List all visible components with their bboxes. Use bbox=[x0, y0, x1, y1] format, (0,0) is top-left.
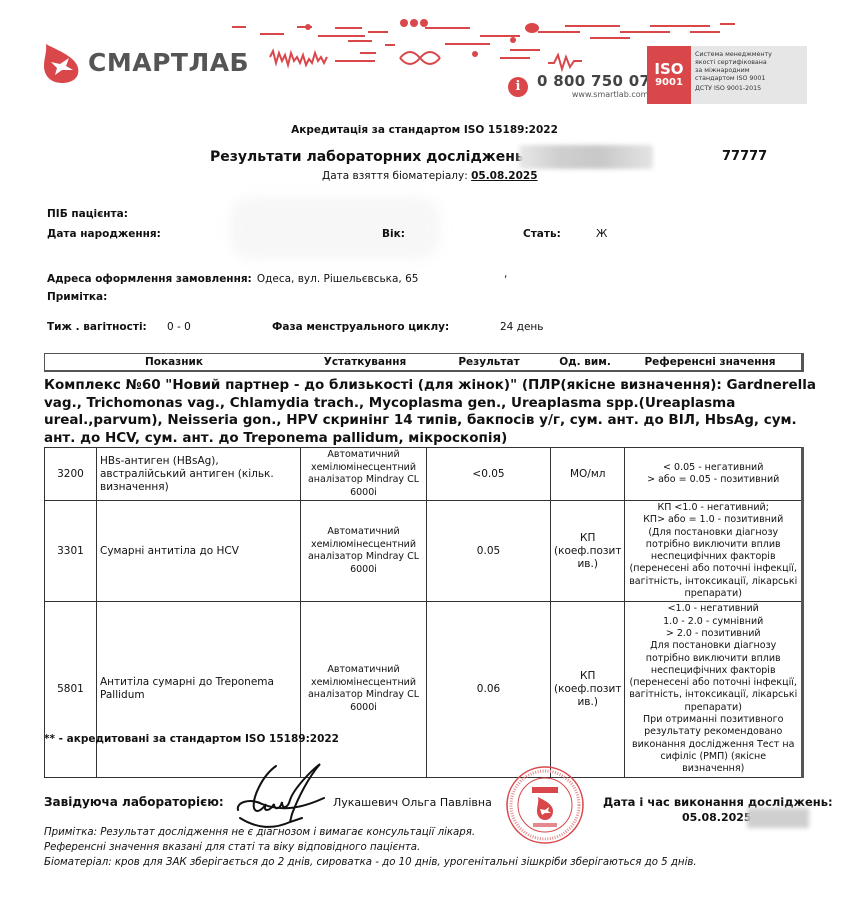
note-line: Примітка: Результат дослідження не є діа… bbox=[44, 825, 697, 840]
website-link[interactable]: www.smartlab.com.ua bbox=[537, 90, 661, 100]
redacted-time bbox=[747, 808, 809, 828]
phone-number: 0 800 750 070 bbox=[537, 73, 661, 90]
table-row: 3200 HBs-антиген (HBsAg), австралійський… bbox=[45, 448, 803, 501]
col-unit: Од. вим. bbox=[551, 356, 619, 368]
cycle-label: Фаза менструального циклу: bbox=[272, 321, 449, 333]
iso-description: Система менеджменту якості сертифікована… bbox=[691, 46, 807, 104]
table-row: 5801 Антитіла сумарні до Treponema Palli… bbox=[45, 602, 803, 777]
complex-title: Комплекс №60 "Новий партнер - до близько… bbox=[44, 377, 824, 447]
col-reference: Референсні значення bbox=[619, 356, 801, 368]
note-line: Біоматеріал: кров для ЗАК зберігається д… bbox=[44, 855, 697, 870]
test-equipment: Автоматичний хемілюмінесцентний аналізат… bbox=[301, 501, 427, 602]
test-result: <0.05 bbox=[427, 448, 551, 501]
test-reference: < 0.05 - негативний > або = 0.05 - позит… bbox=[625, 448, 803, 501]
sample-date: 05.08.2025 bbox=[471, 170, 537, 182]
test-reference: КП <1.0 - негативний; КП> або = 1.0 - по… bbox=[625, 501, 803, 602]
redacted-number bbox=[519, 145, 653, 169]
col-indicator: Показник bbox=[45, 356, 303, 368]
address-line: Адреса оформлення замовлення: Одеса, вул… bbox=[47, 267, 418, 286]
note-label: Примітка: bbox=[47, 291, 107, 303]
iso-certification-badge: ISO 9001 Система менеджменту якості серт… bbox=[647, 46, 807, 104]
dob-label: Дата народження: bbox=[47, 228, 161, 240]
footer-notes: Примітка: Результат дослідження не є діа… bbox=[44, 825, 697, 870]
test-name: Антитіла сумарні до Treponema Pallidum bbox=[97, 602, 301, 777]
execution-date: 05.08.2025 bbox=[682, 811, 752, 824]
drop-bird-icon bbox=[42, 42, 82, 82]
contact-block: i 0 800 750 070 www.smartlab.com.ua bbox=[508, 73, 661, 100]
test-code: 5801 bbox=[45, 602, 97, 777]
head-of-lab-name: Лукашевич Ольга Павлівна bbox=[333, 796, 492, 809]
test-unit: КП (коеф.позит ив.) bbox=[551, 501, 625, 602]
test-code: 3301 bbox=[45, 501, 97, 602]
test-result: 0.05 bbox=[427, 501, 551, 602]
test-result: 0.06 bbox=[427, 602, 551, 777]
age-label: Вік: bbox=[382, 228, 405, 240]
pregnancy-value: 0 - 0 bbox=[167, 321, 191, 333]
test-reference: <1.0 - негативний 1.0 - 2.0 - сумнівний … bbox=[625, 602, 803, 777]
page-title: Результати лабораторних досліджень № bbox=[210, 149, 545, 165]
cycle-value: 24 день bbox=[500, 321, 543, 333]
info-icon: i bbox=[508, 77, 528, 97]
results-table: 3200 HBs-антиген (HBsAg), австралійський… bbox=[44, 447, 804, 778]
test-unit: КП (коеф.позит ив.) bbox=[551, 602, 625, 777]
redacted-patient-info bbox=[230, 197, 440, 259]
sex-label: Стать: bbox=[523, 228, 561, 240]
accreditation-line: Акредитація за стандартом ISO 15189:2022 bbox=[0, 124, 849, 136]
col-equipment: Устаткування bbox=[303, 356, 427, 368]
test-code: 3200 bbox=[45, 448, 97, 501]
test-name: HBs-антиген (HBsAg), австралійський анти… bbox=[97, 448, 301, 501]
test-unit: МО/мл bbox=[551, 448, 625, 501]
sample-date-line: Дата взяття біоматеріалу: 05.08.2025 bbox=[322, 170, 538, 182]
note-line: Референсні значення вказані для статі та… bbox=[44, 840, 697, 855]
brand-logo: СМАРТЛАБ bbox=[42, 40, 249, 84]
iso-9001-icon: ISO 9001 bbox=[647, 46, 691, 104]
test-name: Сумарні антитіла до HCV bbox=[97, 501, 301, 602]
sex-value: Ж bbox=[596, 228, 607, 240]
accreditation-note: ** - акредитовані за стандартом ISO 1518… bbox=[44, 733, 339, 745]
report-number-suffix: 77777 bbox=[722, 149, 767, 164]
results-table-header: Показник Устаткування Результат Од. вим.… bbox=[44, 353, 804, 372]
test-equipment: Автоматичний хемілюмінесцентний аналізат… bbox=[301, 602, 427, 777]
patient-name-label: ПІБ пацієнта: bbox=[47, 208, 128, 220]
head-of-lab-label: Завідуюча лабораторією: bbox=[44, 795, 224, 809]
table-row: 3301 Сумарні антитіла до HCV Автоматични… bbox=[45, 501, 803, 602]
col-result: Результат bbox=[427, 356, 551, 368]
test-equipment: Автоматичний хемілюмінесцентний аналізат… bbox=[301, 448, 427, 501]
pregnancy-label: Тиж . вагітності: bbox=[47, 321, 147, 333]
address-value: Одеса, вул. Рішельєвська, 65 bbox=[257, 273, 419, 285]
execution-date-label: Дата і час виконання досліджень: bbox=[603, 795, 833, 809]
